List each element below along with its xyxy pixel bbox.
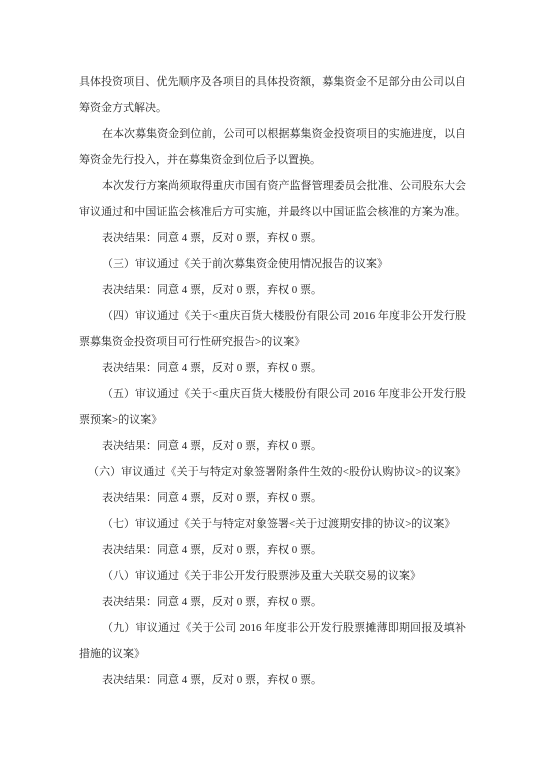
document-line: 筹资金先行投入，并在募集资金到位后予以置换。 [79, 147, 466, 173]
document-line: （三）审议通过《关于前次募集资金使用情况报告的议案》 [79, 251, 466, 277]
document-line: 本次发行方案尚须取得重庆市国有资产监督管理委员会批准、公司股东大会 [79, 173, 466, 199]
document-line: 在本次募集资金到位前，公司可以根据募集资金投资项目的实施进度，以自 [79, 121, 466, 147]
document-line: （四）审议通过《关于<重庆百货大楼股份有限公司 2016 年度非公开发行股 [79, 303, 466, 329]
document-line: （九）审议通过《关于公司 2016 年度非公开发行股票摊薄即期回报及填补 [79, 615, 466, 641]
document-line: 表决结果：同意 4 票，反对 0 票，弃权 0 票。 [79, 667, 466, 693]
document-line: （五）审议通过《关于<重庆百货大楼股份有限公司 2016 年度非公开发行股 [79, 381, 466, 407]
document-line: （六）审议通过《关于与特定对象签署附条件生效的<股份认购协议>的议案》 [79, 459, 466, 485]
document-line: 表决结果：同意 4 票，反对 0 票，弃权 0 票。 [79, 355, 466, 381]
document-page: 具体投资项目、优先顺序及各项目的具体投资额，募集资金不足部分由公司以自筹资金方式… [0, 0, 550, 778]
document-line: 措施的议案》 [79, 641, 466, 667]
document-line: （八）审议通过《关于非公开发行股票涉及重大关联交易的议案》 [79, 563, 466, 589]
document-line: 筹资金方式解决。 [79, 95, 466, 121]
document-line: 表决结果：同意 4 票，反对 0 票，弃权 0 票。 [79, 433, 466, 459]
document-line: 审议通过和中国证监会核准后方可实施，并最终以中国证监会核准的方案为准。 [79, 199, 466, 225]
document-line: 具体投资项目、优先顺序及各项目的具体投资额，募集资金不足部分由公司以自 [79, 69, 466, 95]
document-line: 表决结果：同意 4 票，反对 0 票，弃权 0 票。 [79, 537, 466, 563]
document-text-block: 具体投资项目、优先顺序及各项目的具体投资额，募集资金不足部分由公司以自筹资金方式… [79, 69, 466, 693]
document-line: 票预案>的议案》 [79, 407, 466, 433]
document-line: 表决结果：同意 4 票，反对 0 票，弃权 0 票。 [79, 589, 466, 615]
document-line: 表决结果：同意 4 票，反对 0 票，弃权 0 票。 [79, 485, 466, 511]
document-line: 表决结果：同意 4 票，反对 0 票，弃权 0 票。 [79, 277, 466, 303]
document-line: （七）审议通过《关于与特定对象签署<关于过渡期安排的协议>的议案》 [79, 511, 466, 537]
document-line: 表决结果：同意 4 票，反对 0 票，弃权 0 票。 [79, 225, 466, 251]
document-line: 票募集资金投资项目可行性研究报告>的议案》 [79, 329, 466, 355]
